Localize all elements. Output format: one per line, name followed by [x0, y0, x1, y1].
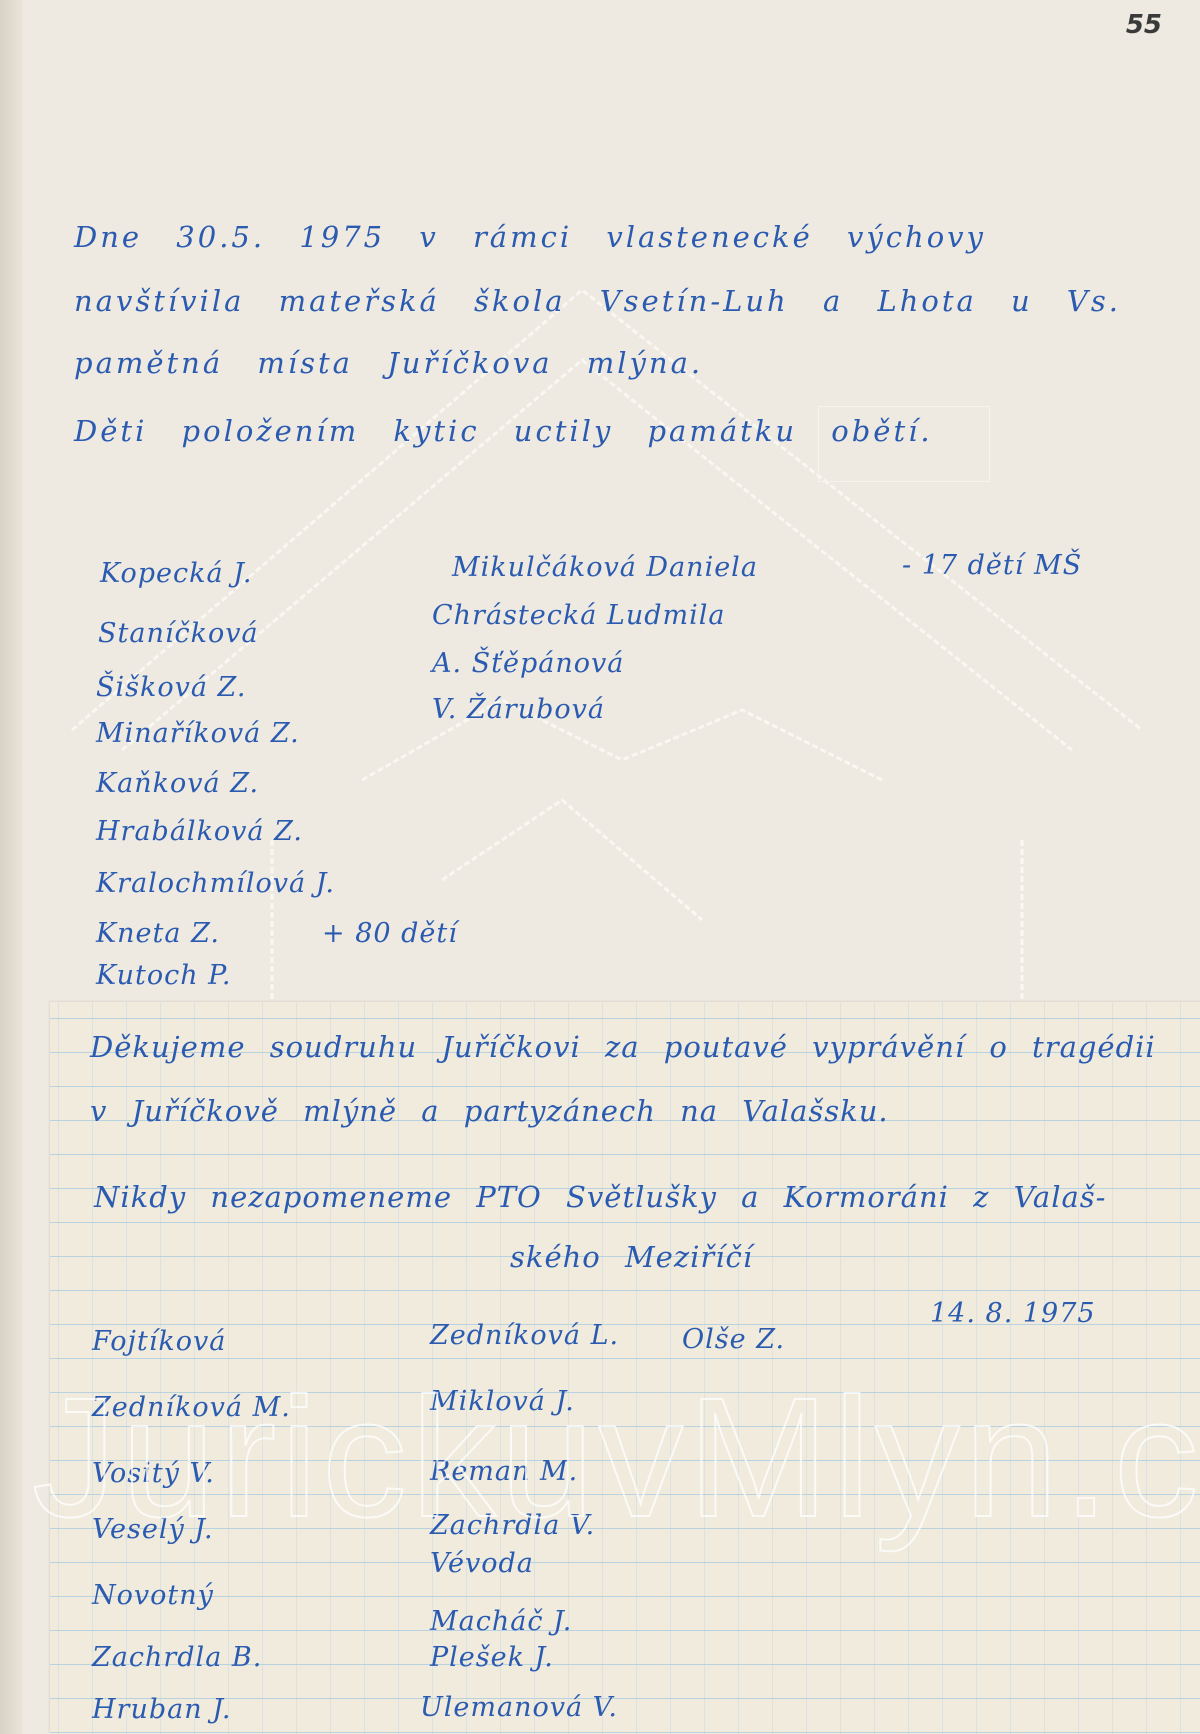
- sheet-date: 14. 8. 1975: [930, 1298, 1096, 1329]
- group1-left-name: Kneta Z.: [96, 918, 220, 949]
- page-binding-edge: [0, 0, 22, 1734]
- thanks-line-2: v Juříčkově mlýně a partyzánech na Valaš…: [90, 1094, 889, 1128]
- sheet-right-name: Macháč J.: [430, 1606, 572, 1637]
- group1-right-name: Chrástecká Ludmila: [432, 600, 725, 631]
- group1-left-name: Hrabálková Z.: [96, 816, 303, 847]
- group1-right-name: Mikulčáková Daniela: [452, 552, 758, 583]
- thanks-line-1: Děkujeme soudruhu Juříčkovi za poutavé v…: [90, 1030, 1156, 1064]
- group1-left-name: Staníčková: [98, 618, 259, 649]
- sheet-right-name: Zedníková L.: [430, 1320, 619, 1351]
- site-watermark: JurickuvMlyn.cz: [32, 1360, 1200, 1556]
- intro-line-3: pamětná místa Juříčkova mlýna.: [74, 346, 703, 380]
- group1-left-name: Šišková Z.: [96, 672, 246, 703]
- group1-left-name: Kaňková Z.: [96, 768, 259, 799]
- group1-right-name: V. Žárubová: [432, 694, 605, 725]
- intro-line-2: navštívila mateřská škola Vsetín-Luh a L…: [74, 284, 1121, 318]
- page-number: 55: [1126, 10, 1162, 40]
- never-forget-line-2: ského Meziříčí: [510, 1240, 753, 1274]
- group1-left-name: Kralochmílová J.: [96, 868, 335, 899]
- extra-children-note: + 80 dětí: [322, 918, 458, 949]
- group1-left-name: Minaříková Z.: [96, 718, 300, 749]
- sheet-right-name: Ulemanová V.: [420, 1692, 618, 1723]
- sheet-right-name: Plešek J.: [430, 1642, 554, 1673]
- emboss-box: [818, 406, 990, 482]
- group1-left-name: Kutoch P.: [96, 960, 231, 991]
- intro-line-1: Dne 30.5. 1975 v rámci vlastenecké výcho…: [74, 220, 986, 254]
- sheet-left-name: Zachrdla B.: [92, 1642, 262, 1673]
- sheet-left-name: Novotný: [92, 1580, 214, 1611]
- group1-right-name: A. Šťěpánová: [432, 648, 624, 679]
- sheet-left-name: Hruban J.: [92, 1694, 232, 1725]
- guestbook-page: 55 Dne 30.5. 1975 v rámci vlastenecké vý…: [22, 0, 1200, 1734]
- group1-left-name: Kopecká J.: [100, 558, 252, 589]
- never-forget-line-1: Nikdy nezapomeneme PTO Světlušky a Kormo…: [94, 1180, 1106, 1214]
- sheet-left-name: Fojtíková: [92, 1326, 226, 1357]
- extra-signature: Olše Z.: [682, 1324, 785, 1355]
- children-count-note: - 17 dětí MŠ: [902, 550, 1082, 581]
- intro-line-4: Děti položením kytic uctily památku obět…: [74, 414, 933, 448]
